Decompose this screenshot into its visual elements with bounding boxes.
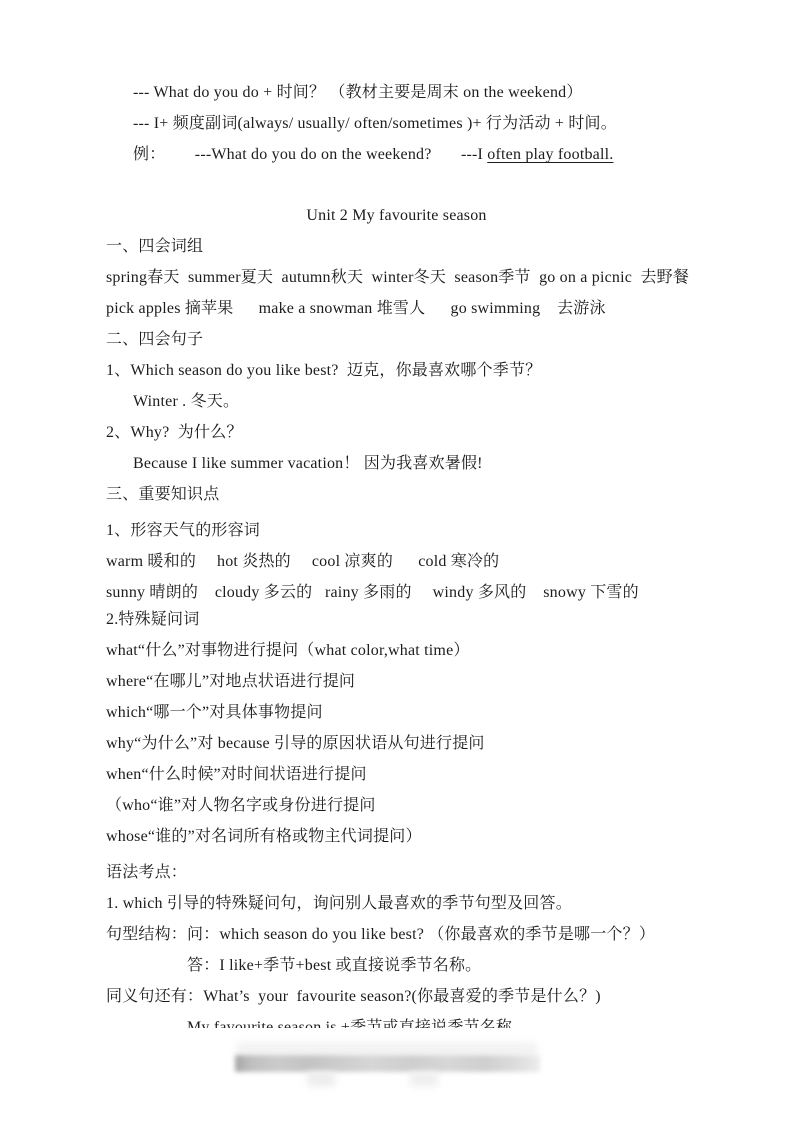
sentence-2-question: 2、Why? 为什么？ xyxy=(0,417,793,448)
grammar-point-1: 1. which 引导的特殊疑问句，询问别人最喜欢的季节句型及回答。 xyxy=(0,888,793,919)
text-segment: 1、形容天气的形容词 xyxy=(106,522,260,539)
text-segment: what“什么”对事物进行提问（what color,what time） xyxy=(106,642,470,659)
text-segment: spring春天 summer夏天 autumn秋天 winter冬天 seas… xyxy=(106,269,689,286)
key-point-1-heading: 1、形容天气的形容词 xyxy=(0,515,793,546)
key-point-2-heading: 2.特殊疑问词 xyxy=(0,604,793,635)
pattern-frequency-adverb: --- I+ 频度副词(always/ usually/ often/somet… xyxy=(0,108,793,139)
text-segment: when“什么时候”对时间状语进行提问 xyxy=(106,766,367,783)
sentence-structure-question: 句型结构：问：which season do you like best? （你… xyxy=(0,919,793,950)
sentence-1-question: 1、Which season do you like best? 迈克，你最喜欢… xyxy=(0,355,793,386)
text-segment: --- I+ 频度副词(always/ usually/ often/somet… xyxy=(133,115,617,132)
question-word-where: where“在哪儿”对地点状语进行提问 xyxy=(0,666,793,697)
text-segment: 1. which 引导的特殊疑问句，询问别人最喜欢的季节句型及回答。 xyxy=(106,895,572,912)
grammar-points-heading: 语法考点： xyxy=(0,857,793,888)
sentence-structure-answer: 答：I like+季节+best 或直接说季节名称。 xyxy=(0,950,793,981)
watermark-smudge xyxy=(410,1072,438,1086)
phrases-line-1: spring春天 summer夏天 autumn秋天 winter冬天 seas… xyxy=(0,262,793,293)
synonym-answer-clipped: My favourite season is +季节或直接说季节名称 xyxy=(0,1012,793,1028)
document-title: Unit 2 My favourite season xyxy=(0,200,793,231)
watermark-smudge xyxy=(307,1072,335,1086)
text-segment: Unit 2 My favourite season xyxy=(306,207,486,224)
text-segment: warm 暖和的 hot 炎热的 cool 凉爽的 cold 寒冷的 xyxy=(106,553,499,570)
text-segment: 二、四会句子 xyxy=(106,331,203,348)
text-segment: pick apples 摘苹果 make a snowman 堆雪人 go sw… xyxy=(106,300,606,317)
text-segment: 一、四会词组 xyxy=(106,238,203,255)
text-segment: 语法考点： xyxy=(106,864,187,881)
text-segment: 答：I like+季节+best 或直接说季节名称。 xyxy=(187,957,481,974)
text-segment: 例： ---What do you do on the weekend? ---… xyxy=(133,146,487,163)
phrases-line-2: pick apples 摘苹果 make a snowman 堆雪人 go sw… xyxy=(0,293,793,324)
text-segment: 句型结构：问：which season do you like best? （你… xyxy=(106,926,655,943)
question-word-what: what“什么”对事物进行提问（what color,what time） xyxy=(0,635,793,666)
question-word-why: why“为什么”对 because 引导的原因状语从句进行提问 xyxy=(0,728,793,759)
text-segment: 三、重要知识点 xyxy=(106,486,219,503)
underlined-text: often play football. xyxy=(487,146,613,163)
section-heading-sentences: 二、四会句子 xyxy=(0,324,793,355)
text-segment: 2.特殊疑问词 xyxy=(106,611,199,628)
text-segment: whose“谁的”对名词所有格或物主代词提问） xyxy=(106,828,422,845)
watermark-redacted-bar xyxy=(235,1055,540,1072)
sentence-2-answer: Because I like summer vacation！ 因为我喜欢暑假! xyxy=(0,448,793,479)
text-segment: 同义句还有：What’s your favourite season?(你最喜爱… xyxy=(106,988,601,1005)
weather-words-line-1: warm 暖和的 hot 炎热的 cool 凉爽的 cold 寒冷的 xyxy=(0,546,793,577)
text-segment: why“为什么”对 because 引导的原因状语从句进行提问 xyxy=(106,735,485,752)
text-segment: Winter . 冬天。 xyxy=(133,393,239,410)
example-sentence: 例： ---What do you do on the weekend? ---… xyxy=(0,139,793,170)
text-segment: 1、Which season do you like best? 迈克，你最喜欢… xyxy=(106,362,541,379)
synonym-sentence: 同义句还有：What’s your favourite season?(你最喜爱… xyxy=(0,981,793,1012)
pattern-what-do-you-do: --- What do you do + 时间？ （教材主要是周末 on the… xyxy=(0,77,793,108)
text-segment: （who“谁”对人物名字或身份进行提问 xyxy=(106,797,376,814)
question-word-who: （who“谁”对人物名字或身份进行提问 xyxy=(0,790,793,821)
text-segment: Because I like summer vacation！ 因为我喜欢暑假! xyxy=(133,455,483,472)
question-word-which: which“哪一个”对具体事物提问 xyxy=(0,697,793,728)
watermark-halo xyxy=(237,1043,537,1055)
text-segment: where“在哪儿”对地点状语进行提问 xyxy=(106,673,355,690)
text-segment: My favourite season is +季节或直接说季节名称 xyxy=(187,1019,512,1028)
text-segment: --- What do you do + 时间？ （教材主要是周末 on the… xyxy=(133,84,583,101)
question-word-when: when“什么时候”对时间状语进行提问 xyxy=(0,759,793,790)
sentence-1-answer: Winter . 冬天。 xyxy=(0,386,793,417)
section-heading-key-points: 三、重要知识点 xyxy=(0,479,793,510)
text-segment: 2、Why? 为什么？ xyxy=(106,424,243,441)
text-segment: which“哪一个”对具体事物提问 xyxy=(106,704,323,721)
document-page: --- What do you do + 时间？ （教材主要是周末 on the… xyxy=(0,0,793,1122)
section-heading-phrases: 一、四会词组 xyxy=(0,231,793,262)
document-body: --- What do you do + 时间？ （教材主要是周末 on the… xyxy=(0,0,793,1028)
question-word-whose: whose“谁的”对名词所有格或物主代词提问） xyxy=(0,821,793,852)
text-segment: sunny 晴朗的 cloudy 多云的 rainy 多雨的 windy 多风的… xyxy=(106,584,639,601)
